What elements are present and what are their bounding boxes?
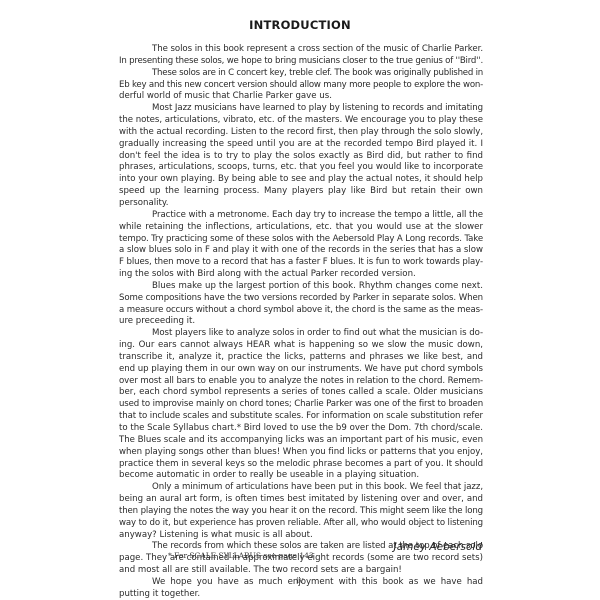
text-line: ing. Our ears cannot always HEAR what is… — [119, 340, 483, 352]
text-line: then playing the notes the way you hear … — [119, 506, 483, 518]
text-line: derful world of music that Charlie Parke… — [119, 91, 483, 103]
footnote: * For SCALE SYLLABUS see page 143 — [168, 551, 314, 560]
text-line: Only a minimum of articulations have bee… — [119, 482, 483, 494]
text-line: while retaining the inflections, articul… — [119, 222, 483, 234]
introduction-body: The solos in this book represent a cross… — [119, 44, 483, 600]
text-line: ber, each chord symbol represents a seri… — [119, 387, 483, 399]
text-line: transcribe it, analyze it, practice the … — [119, 352, 483, 364]
text-line: Practice with a metronome. Each day try … — [119, 210, 483, 222]
text-line: become automatic in order to really be u… — [119, 470, 483, 482]
text-line: ing the solos with Bird along with the a… — [119, 269, 483, 281]
text-line: when playing songs other than blues! Whe… — [119, 447, 483, 459]
text-line: Eb key and this new concert version shou… — [119, 80, 483, 92]
text-line: way to do it, but experience has proven … — [119, 518, 483, 530]
text-line: the notes, articulations, vibrato, etc. … — [119, 115, 483, 127]
text-line: gradually increasing the speed until you… — [119, 139, 483, 151]
text-line: Some compositions have the two versions … — [119, 293, 483, 305]
text-line: ure preceeding it. — [119, 316, 483, 328]
text-line: tempo. Try practicing some of these solo… — [119, 234, 483, 246]
author-signature: Jamey Aebersold — [394, 541, 482, 553]
paragraph: Most players like to analyze solos in or… — [119, 328, 483, 482]
text-line: phrases, articulations, scoops, turns, e… — [119, 162, 483, 174]
text-line: practice them in several keys so the mel… — [119, 459, 483, 471]
text-line: putting it together. — [119, 589, 483, 600]
paragraph: Only a minimum of articulations have bee… — [119, 482, 483, 541]
text-line: with the actual recording. Listen to the… — [119, 127, 483, 139]
text-line: anyway? Listening is what music is all a… — [119, 530, 483, 542]
text-line: F blues, then move to a record that has … — [119, 257, 483, 269]
text-line: In presenting these solos, we hope to br… — [119, 56, 483, 68]
text-line: that to include scales and substitute sc… — [119, 411, 483, 423]
text-line: end up playing them in our own way on ou… — [119, 364, 483, 376]
text-line: over most all bars to enable you to anal… — [119, 376, 483, 388]
text-line: speed up the learning process. Many play… — [119, 186, 483, 198]
text-line: a slow blues solo in F and play it with … — [119, 245, 483, 257]
text-line: don't feel the idea is to try to play th… — [119, 151, 483, 163]
document-page: INTRODUCTION The solos in this book repr… — [0, 0, 600, 600]
text-line: used to improvise mainly on chord tones;… — [119, 399, 483, 411]
paragraph: These solos are in C concert key, treble… — [119, 68, 483, 104]
paragraph: The solos in this book represent a cross… — [119, 44, 483, 68]
text-line: The Blues scale and its accompanying lic… — [119, 435, 483, 447]
paragraph: Blues make up the largest portion of thi… — [119, 281, 483, 328]
page-title: INTRODUCTION — [0, 18, 600, 32]
text-line: being an aural art form, is often times … — [119, 494, 483, 506]
text-line: into your own playing. By being able to … — [119, 174, 483, 186]
text-line: These solos are in C concert key, treble… — [119, 68, 483, 80]
page-number: iv — [0, 576, 600, 585]
text-line: The solos in this book represent a cross… — [119, 44, 483, 56]
text-line: a measure occurs without a chord symbol … — [119, 305, 483, 317]
text-line: personality. — [119, 198, 483, 210]
paragraph: Most Jazz musicians have learned to play… — [119, 103, 483, 210]
text-line: Blues make up the largest portion of thi… — [119, 281, 483, 293]
text-line: Most Jazz musicians have learned to play… — [119, 103, 483, 115]
text-line: Most players like to analyze solos in or… — [119, 328, 483, 340]
paragraph: Practice with a metronome. Each day try … — [119, 210, 483, 281]
text-line: to the Scale Syllabus chart.* Bird loved… — [119, 423, 483, 435]
